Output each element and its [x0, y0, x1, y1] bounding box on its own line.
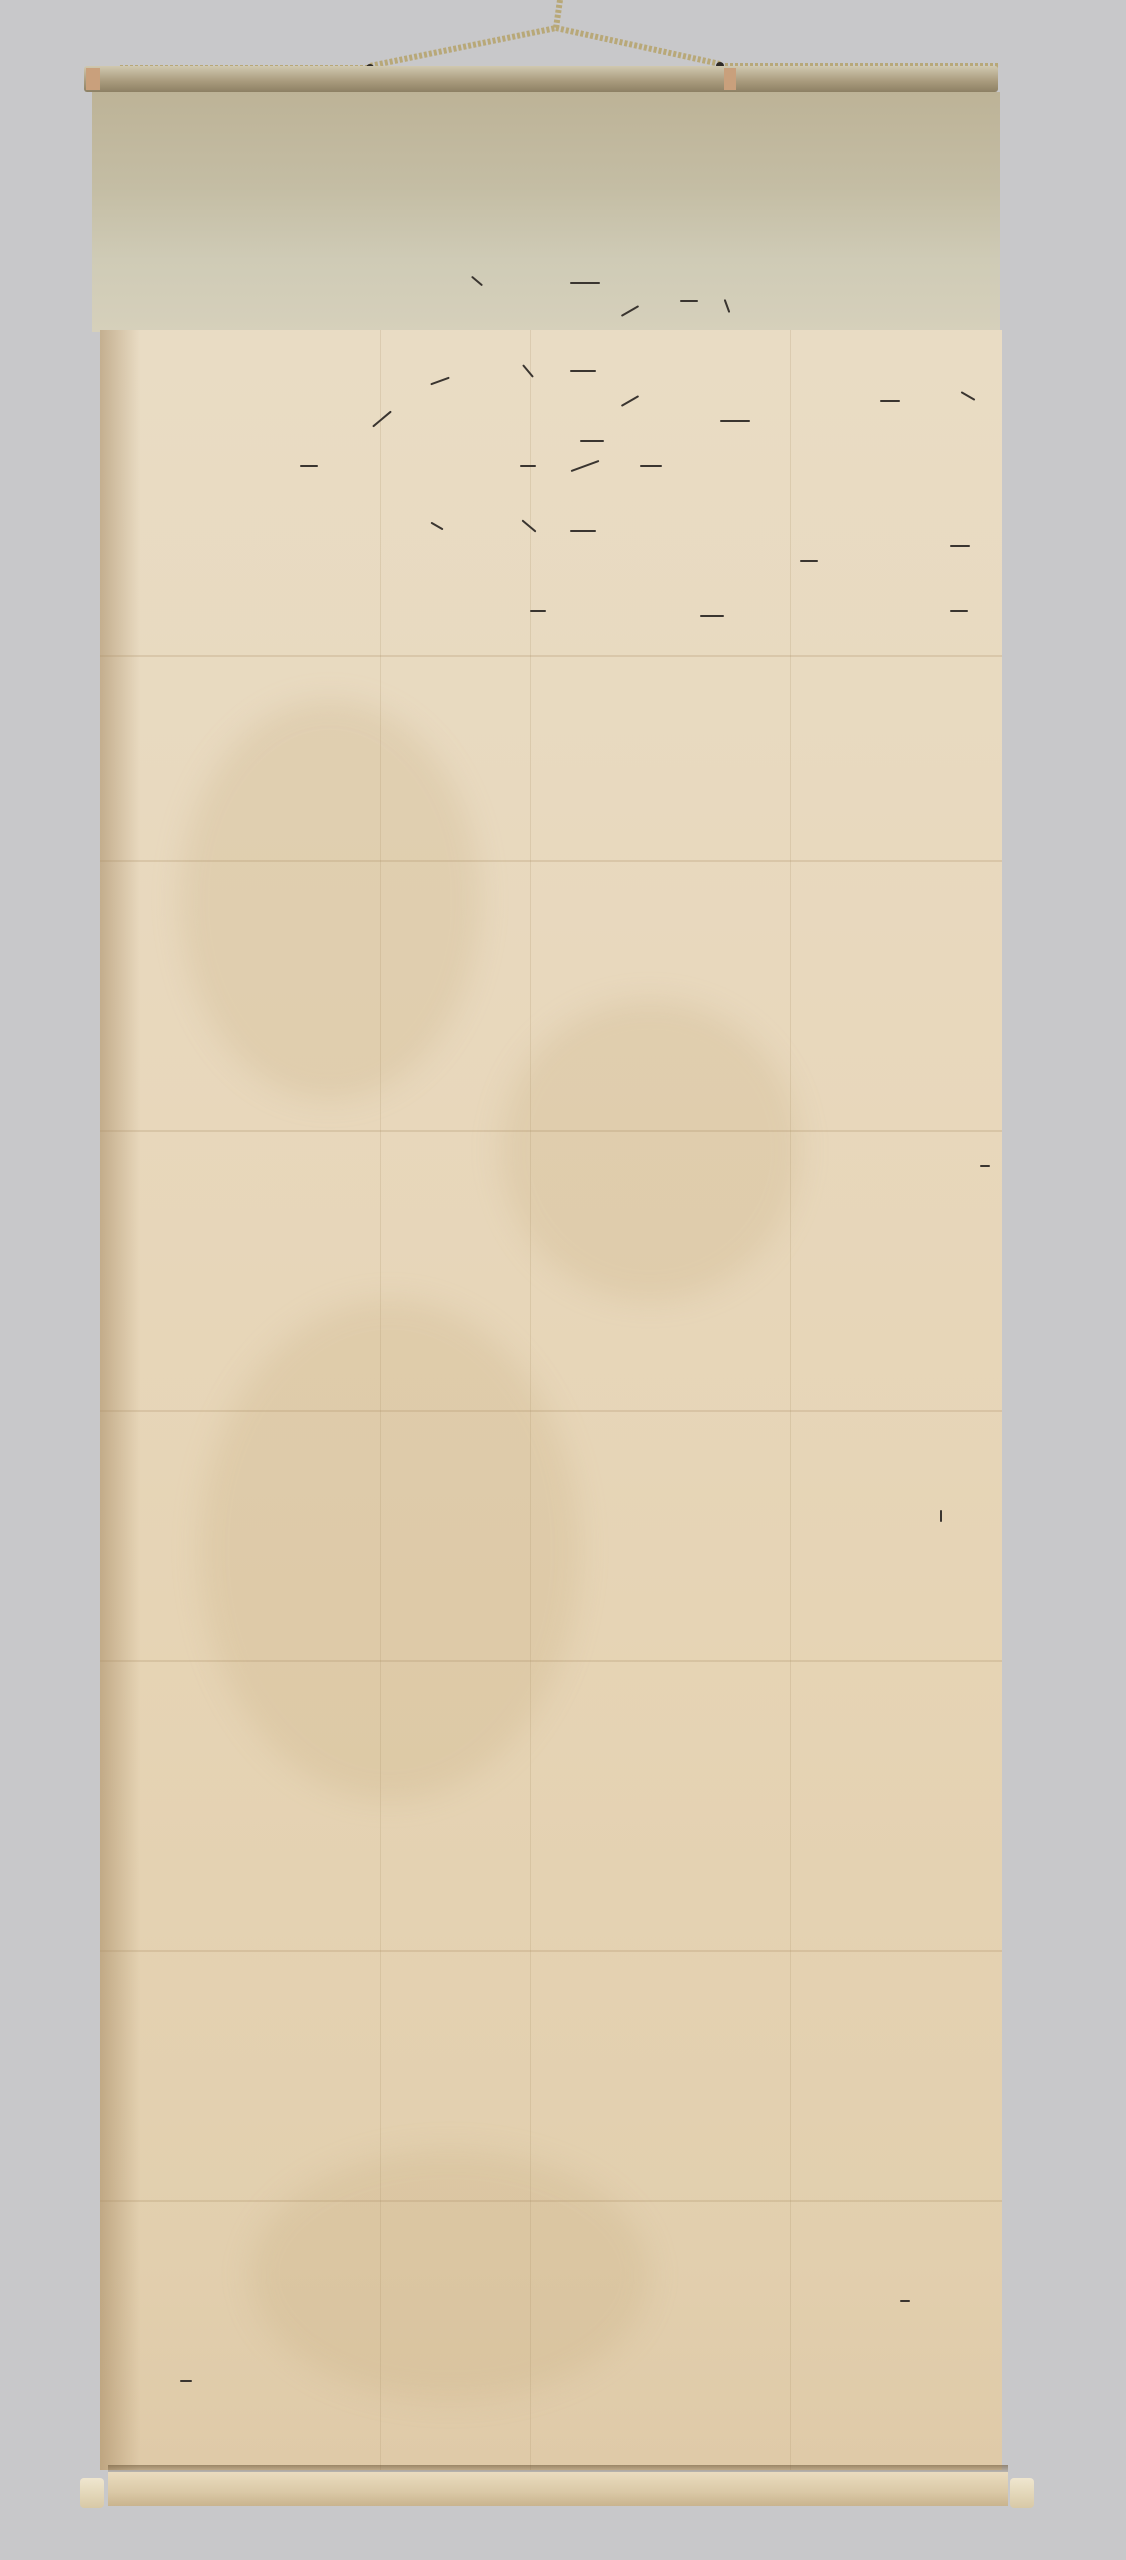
scroll-panel: [100, 330, 1002, 2470]
right-roller-knob: [1010, 2478, 1034, 2508]
upper-mounting-band: [92, 92, 1000, 332]
left-roller-knob: [80, 2478, 104, 2508]
damaged-left-edge: [100, 330, 140, 2470]
bottom-roller: [108, 2472, 1008, 2506]
top-rod: [84, 66, 998, 92]
